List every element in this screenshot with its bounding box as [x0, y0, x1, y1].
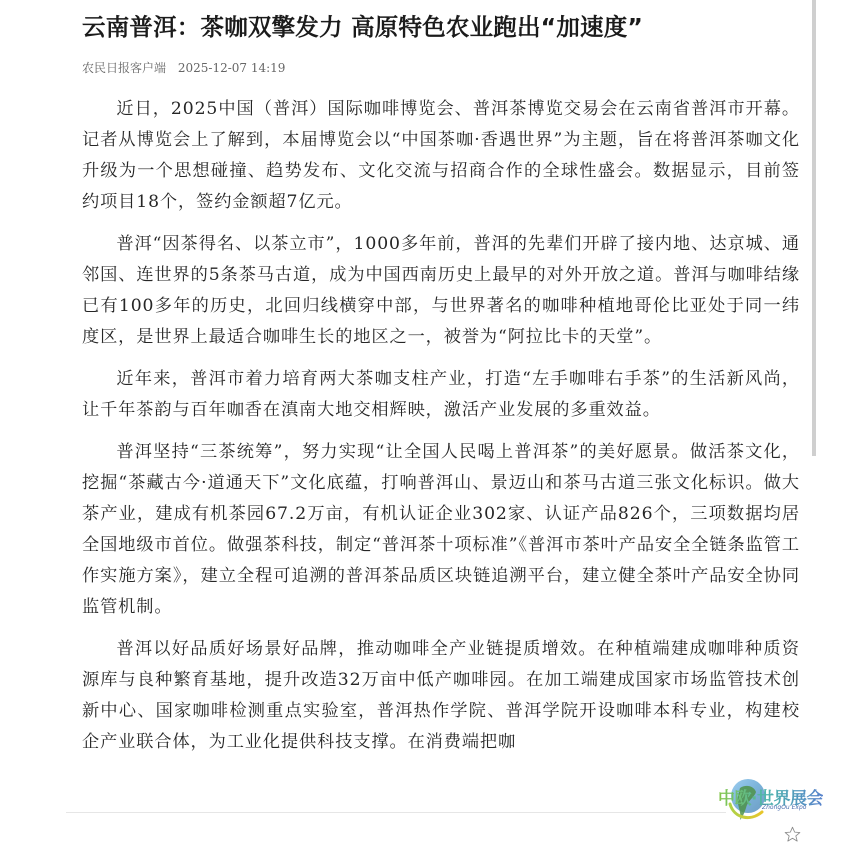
- article-body: 近日，2025中国（普洱）国际咖啡博览会、普洱茶博览交易会在云南省普洱市开幕。记…: [82, 94, 800, 769]
- paragraph: 近年来，普洱市着力培育两大茶咖支柱产业，打造“左手咖啡右手茶”的生活新风尚，让千…: [82, 364, 800, 426]
- article-title: 云南普洱：茶咖双擎发力 高原特色农业跑出“加速度”: [82, 10, 643, 44]
- article-datetime: 2025-12-07 14:19: [178, 61, 286, 75]
- article-page: 云南普洱：茶咖双擎发力 高原特色农业跑出“加速度” 农民日报客户端 2025-1…: [0, 0, 868, 854]
- paragraph: 普洱坚持“三茶统筹”，努力实现“让全国人民喝上普洱茶”的美好愿景。做活茶文化，挖…: [82, 437, 800, 623]
- paragraph: 普洱“因茶得名、以茶立市”，1000多年前，普洱的先辈们开辟了接内地、达京城、通…: [82, 229, 800, 353]
- paragraph: 近日，2025中国（普洱）国际咖啡博览会、普洱茶博览交易会在云南省普洱市开幕。记…: [82, 94, 800, 218]
- watermark-subtext: ZhongOu Expo: [762, 804, 806, 811]
- scrollbar[interactable]: [812, 0, 816, 456]
- article-meta: 农民日报客户端 2025-12-07 14:19: [82, 59, 285, 77]
- article-source: 农民日报客户端: [82, 61, 166, 75]
- paragraph: 普洱以好品质好场景好品牌，推动咖啡全产业链提质增效。在种植端建成咖啡种质资源库与…: [82, 634, 800, 758]
- divider: [66, 812, 726, 813]
- favorite-button[interactable]: [781, 823, 803, 845]
- star-outline-icon: [783, 825, 802, 844]
